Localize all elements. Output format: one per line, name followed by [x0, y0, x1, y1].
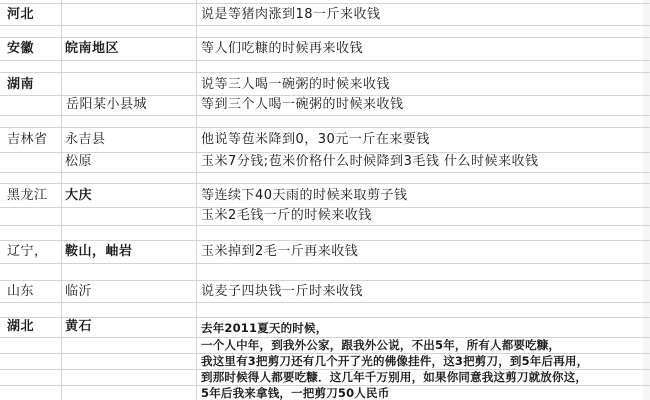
note-cell[interactable]: 玉米2毛钱一斤的时候来收钱	[201, 208, 372, 224]
row-border	[0, 37, 650, 38]
city-cell[interactable]: 松原	[65, 154, 92, 170]
row-border	[0, 152, 650, 153]
row-border	[0, 3, 650, 4]
note-cell[interactable]: 等到三个人喝一碗粥的时候来收钱	[201, 97, 404, 113]
row-border	[0, 317, 650, 318]
province-cell[interactable]: 山东	[7, 284, 34, 300]
province-cell[interactable]: 湖南	[7, 77, 34, 93]
province-cell[interactable]: 辽宁，	[7, 244, 48, 260]
row-border	[0, 280, 650, 281]
note-cell[interactable]: 去年2011夏天的时候，	[201, 320, 327, 336]
row-border	[0, 60, 650, 61]
note-cell[interactable]: 到那时候得人都要吃糠．这几年千万别用，如果你同意我这剪刀就放你这，	[201, 369, 587, 385]
row-border	[0, 95, 650, 96]
row-border	[0, 127, 650, 128]
note-cell[interactable]: 等人们吃糠的时候再来收钱	[201, 41, 363, 57]
row-border	[0, 172, 650, 173]
row-border	[0, 183, 650, 184]
note-cell[interactable]: 玉米掉到2毛一斤再来收钱	[201, 244, 358, 260]
city-cell[interactable]: 临沂	[65, 284, 92, 300]
note-cell[interactable]: 一个人中年，到我外公家，跟我外公说，不出5年，所有人都要吃糠，	[201, 337, 560, 353]
row-border	[0, 240, 650, 241]
province-cell[interactable]: 湖北	[7, 319, 34, 335]
city-cell[interactable]: 大庆	[65, 188, 92, 204]
city-cell[interactable]: 黄石	[65, 319, 92, 335]
row-border	[0, 302, 650, 303]
note-cell[interactable]: 说麦子四块钱一斤时来收钱	[201, 284, 363, 300]
row-border	[0, 225, 650, 226]
note-cell[interactable]: 说是等猪肉涨到18一斤来收钱	[201, 7, 381, 23]
row-border	[0, 115, 650, 116]
province-cell[interactable]: 吉林省	[7, 132, 48, 148]
note-cell[interactable]: 我这里有3把剪刀还有几个开了光的佛像挂件，这3把剪刀，到5年后再用，	[201, 353, 588, 369]
province-cell[interactable]: 黑龙江	[7, 188, 48, 204]
province-cell[interactable]: 安徽	[7, 41, 34, 57]
note-cell[interactable]: 玉米7分钱;苞米价格什么时候降到3毛钱 什么时候来收钱	[201, 154, 539, 170]
note-cell[interactable]: 说等三人喝一碗粥的时候来收钱	[201, 77, 390, 93]
note-cell[interactable]: 等连续下40天雨的时候来取剪子钱	[201, 188, 408, 204]
row-border	[0, 25, 650, 26]
city-cell[interactable]: 永吉县	[65, 132, 106, 148]
city-cell[interactable]: 皖南地区	[65, 41, 119, 57]
row-border	[0, 72, 650, 73]
spreadsheet: 河北 说是等猪肉涨到18一斤来收钱 安徽 皖南地区 等人们吃糠的时候再来收钱 湖…	[0, 0, 650, 400]
note-cell[interactable]: 他说等苞米降到0，30元一斤在来要钱	[201, 132, 430, 148]
row-border	[0, 263, 650, 264]
city-cell[interactable]: 鞍山，岫岩	[65, 244, 133, 260]
province-cell[interactable]: 河北	[7, 7, 34, 23]
city-cell[interactable]: 岳阳某小县城	[66, 97, 147, 113]
note-cell[interactable]: 5年后我来拿钱，一把剪刀50人民币	[201, 385, 389, 400]
